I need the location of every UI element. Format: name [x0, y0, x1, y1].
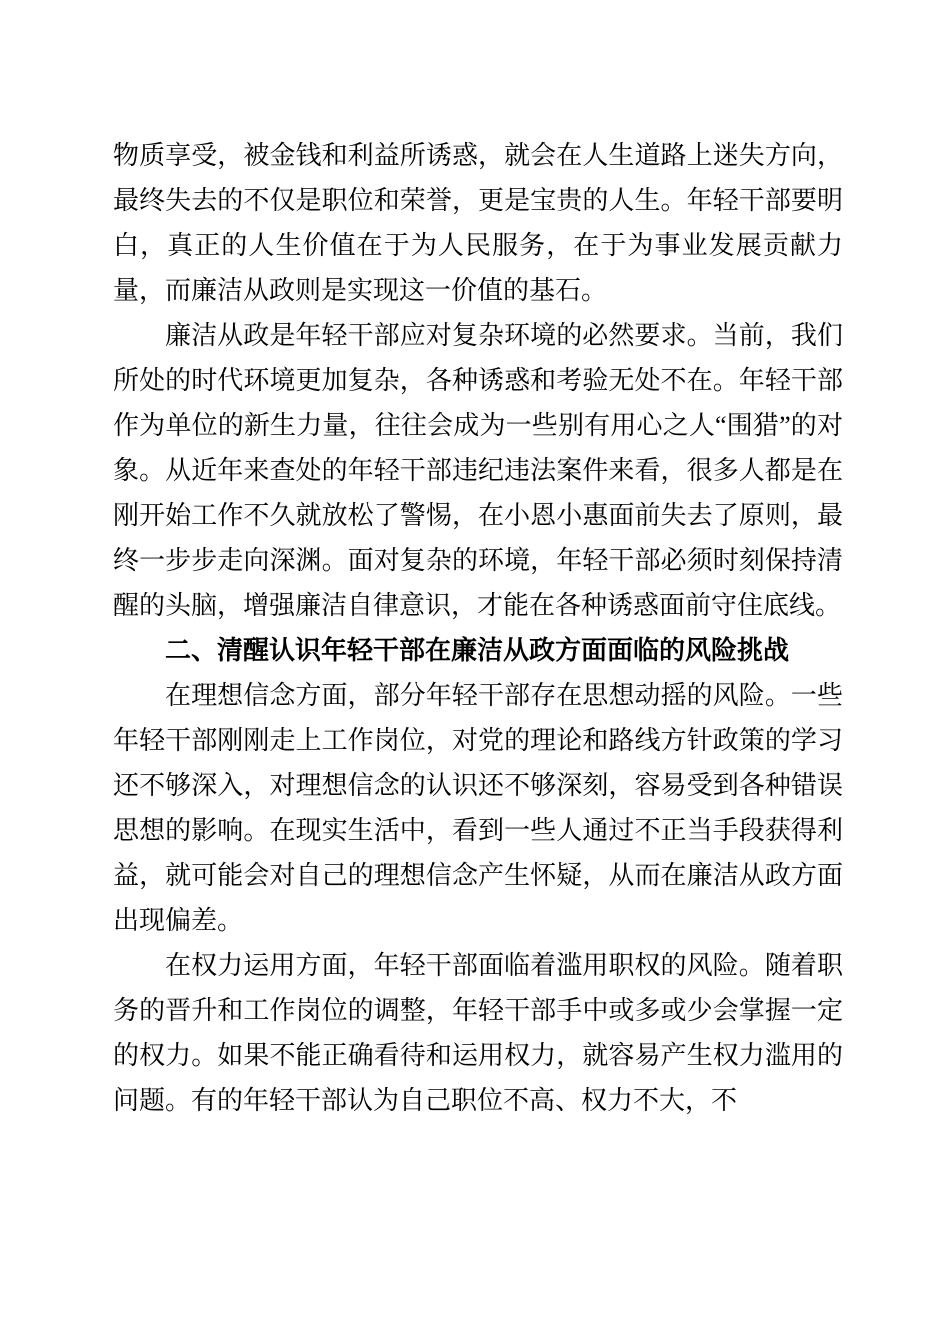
paragraph-continuation: 物质享受，被金钱和利益所诱惑，就会在人生道路上迷失方向，最终失去的不仅是职位和荣… [113, 133, 843, 313]
document-page: 物质享受，被金钱和利益所诱惑，就会在人生道路上迷失方向，最终失去的不仅是职位和荣… [0, 0, 950, 1344]
document-body: 物质享受，被金钱和利益所诱惑，就会在人生道路上迷失方向，最终失去的不仅是职位和荣… [113, 133, 843, 1123]
section-heading: 二、清醒认识年轻干部在廉洁从政方面面临的风险挑战 [113, 628, 843, 673]
paragraph: 廉洁从政是年轻干部应对复杂环境的必然要求。当前，我们所处的时代环境更加复杂，各种… [113, 313, 843, 628]
paragraph: 在权力运用方面，年轻干部面临着滥用职权的风险。随着职务的晋升和工作岗位的调整，年… [113, 943, 843, 1123]
paragraph: 在理想信念方面，部分年轻干部存在思想动摇的风险。一些年轻干部刚刚走上工作岗位，对… [113, 673, 843, 943]
